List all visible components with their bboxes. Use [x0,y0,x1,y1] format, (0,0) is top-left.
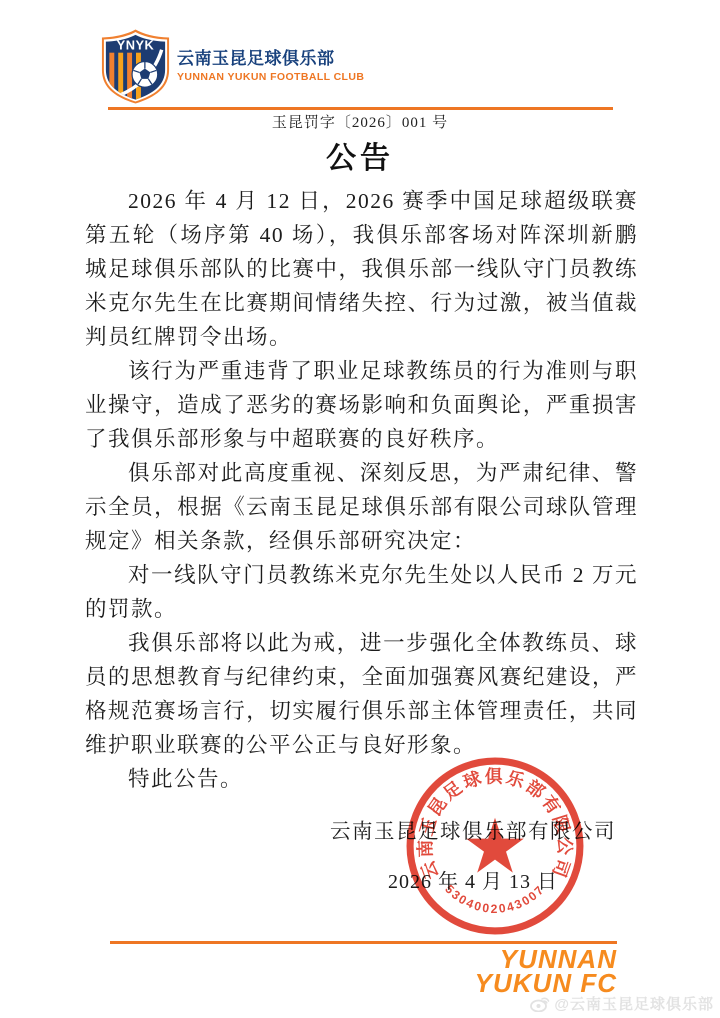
doc-title: 公告 [0,133,720,177]
seal-star-icon [466,818,524,873]
doc-ref-number: 玉昆罚字〔2026〕001 号 [0,111,720,132]
footer-wordmark: YUNNAN YUKUN FC [475,947,617,995]
announcement-paragraph-5: 我俱乐部将以此为戒，进一步强化全体教练员、球员的思想教育与纪律约束，全面加强赛风… [85,626,638,762]
header-divider [108,107,613,110]
announcement-paragraph-4: 对一线队守门员教练米克尔先生处以人民币 2 万元的罚款。 [85,558,638,626]
announcement-body: 2026 年 4 月 12 日，2026 赛季中国足球超级联赛第五轮（场序第 4… [85,184,638,796]
weibo-watermark: @云南玉昆足球俱乐部 [530,993,714,1014]
seal-code-text: 5304002043007 [442,882,547,916]
footer-wordmark-line2: YUKUN FC [475,971,617,995]
logo-initials-text: YNYK [117,38,155,53]
official-seal: 云南玉昆足球俱乐部有限公司 5304002043007 [404,755,586,937]
announcement-page: YNYK 云南玉昆足球俱乐部 YUNNAN YUKUN FOOTBALL CLU… [0,0,720,1018]
club-name-en: YUNNAN YUKUN FOOTBALL CLUB [177,71,364,83]
svg-text:5304002043007: 5304002043007 [442,882,547,916]
club-crest-logo: YNYK [99,28,172,105]
club-name-zh: 云南玉昆足球俱乐部 [177,49,364,68]
official-seal-icon: 云南玉昆足球俱乐部有限公司 5304002043007 [404,755,586,937]
announcement-paragraph-3: 俱乐部对此高度重视、深刻反思，为严肃纪律、警示全员，根据《云南玉昆足球俱乐部有限… [85,456,638,558]
club-wordmark: 云南玉昆足球俱乐部 YUNNAN YUKUN FOOTBALL CLUB [177,49,364,83]
watermark-text: @云南玉昆足球俱乐部 [554,993,714,1014]
announcement-paragraph-2: 该行为严重违背了职业足球教练员的行为准则与职业操守，造成了恶劣的赛场影响和负面舆… [85,354,638,456]
weibo-icon [530,995,550,1012]
club-crest-icon: YNYK [99,28,172,105]
announcement-paragraph-1: 2026 年 4 月 12 日，2026 赛季中国足球超级联赛第五轮（场序第 4… [85,184,638,354]
